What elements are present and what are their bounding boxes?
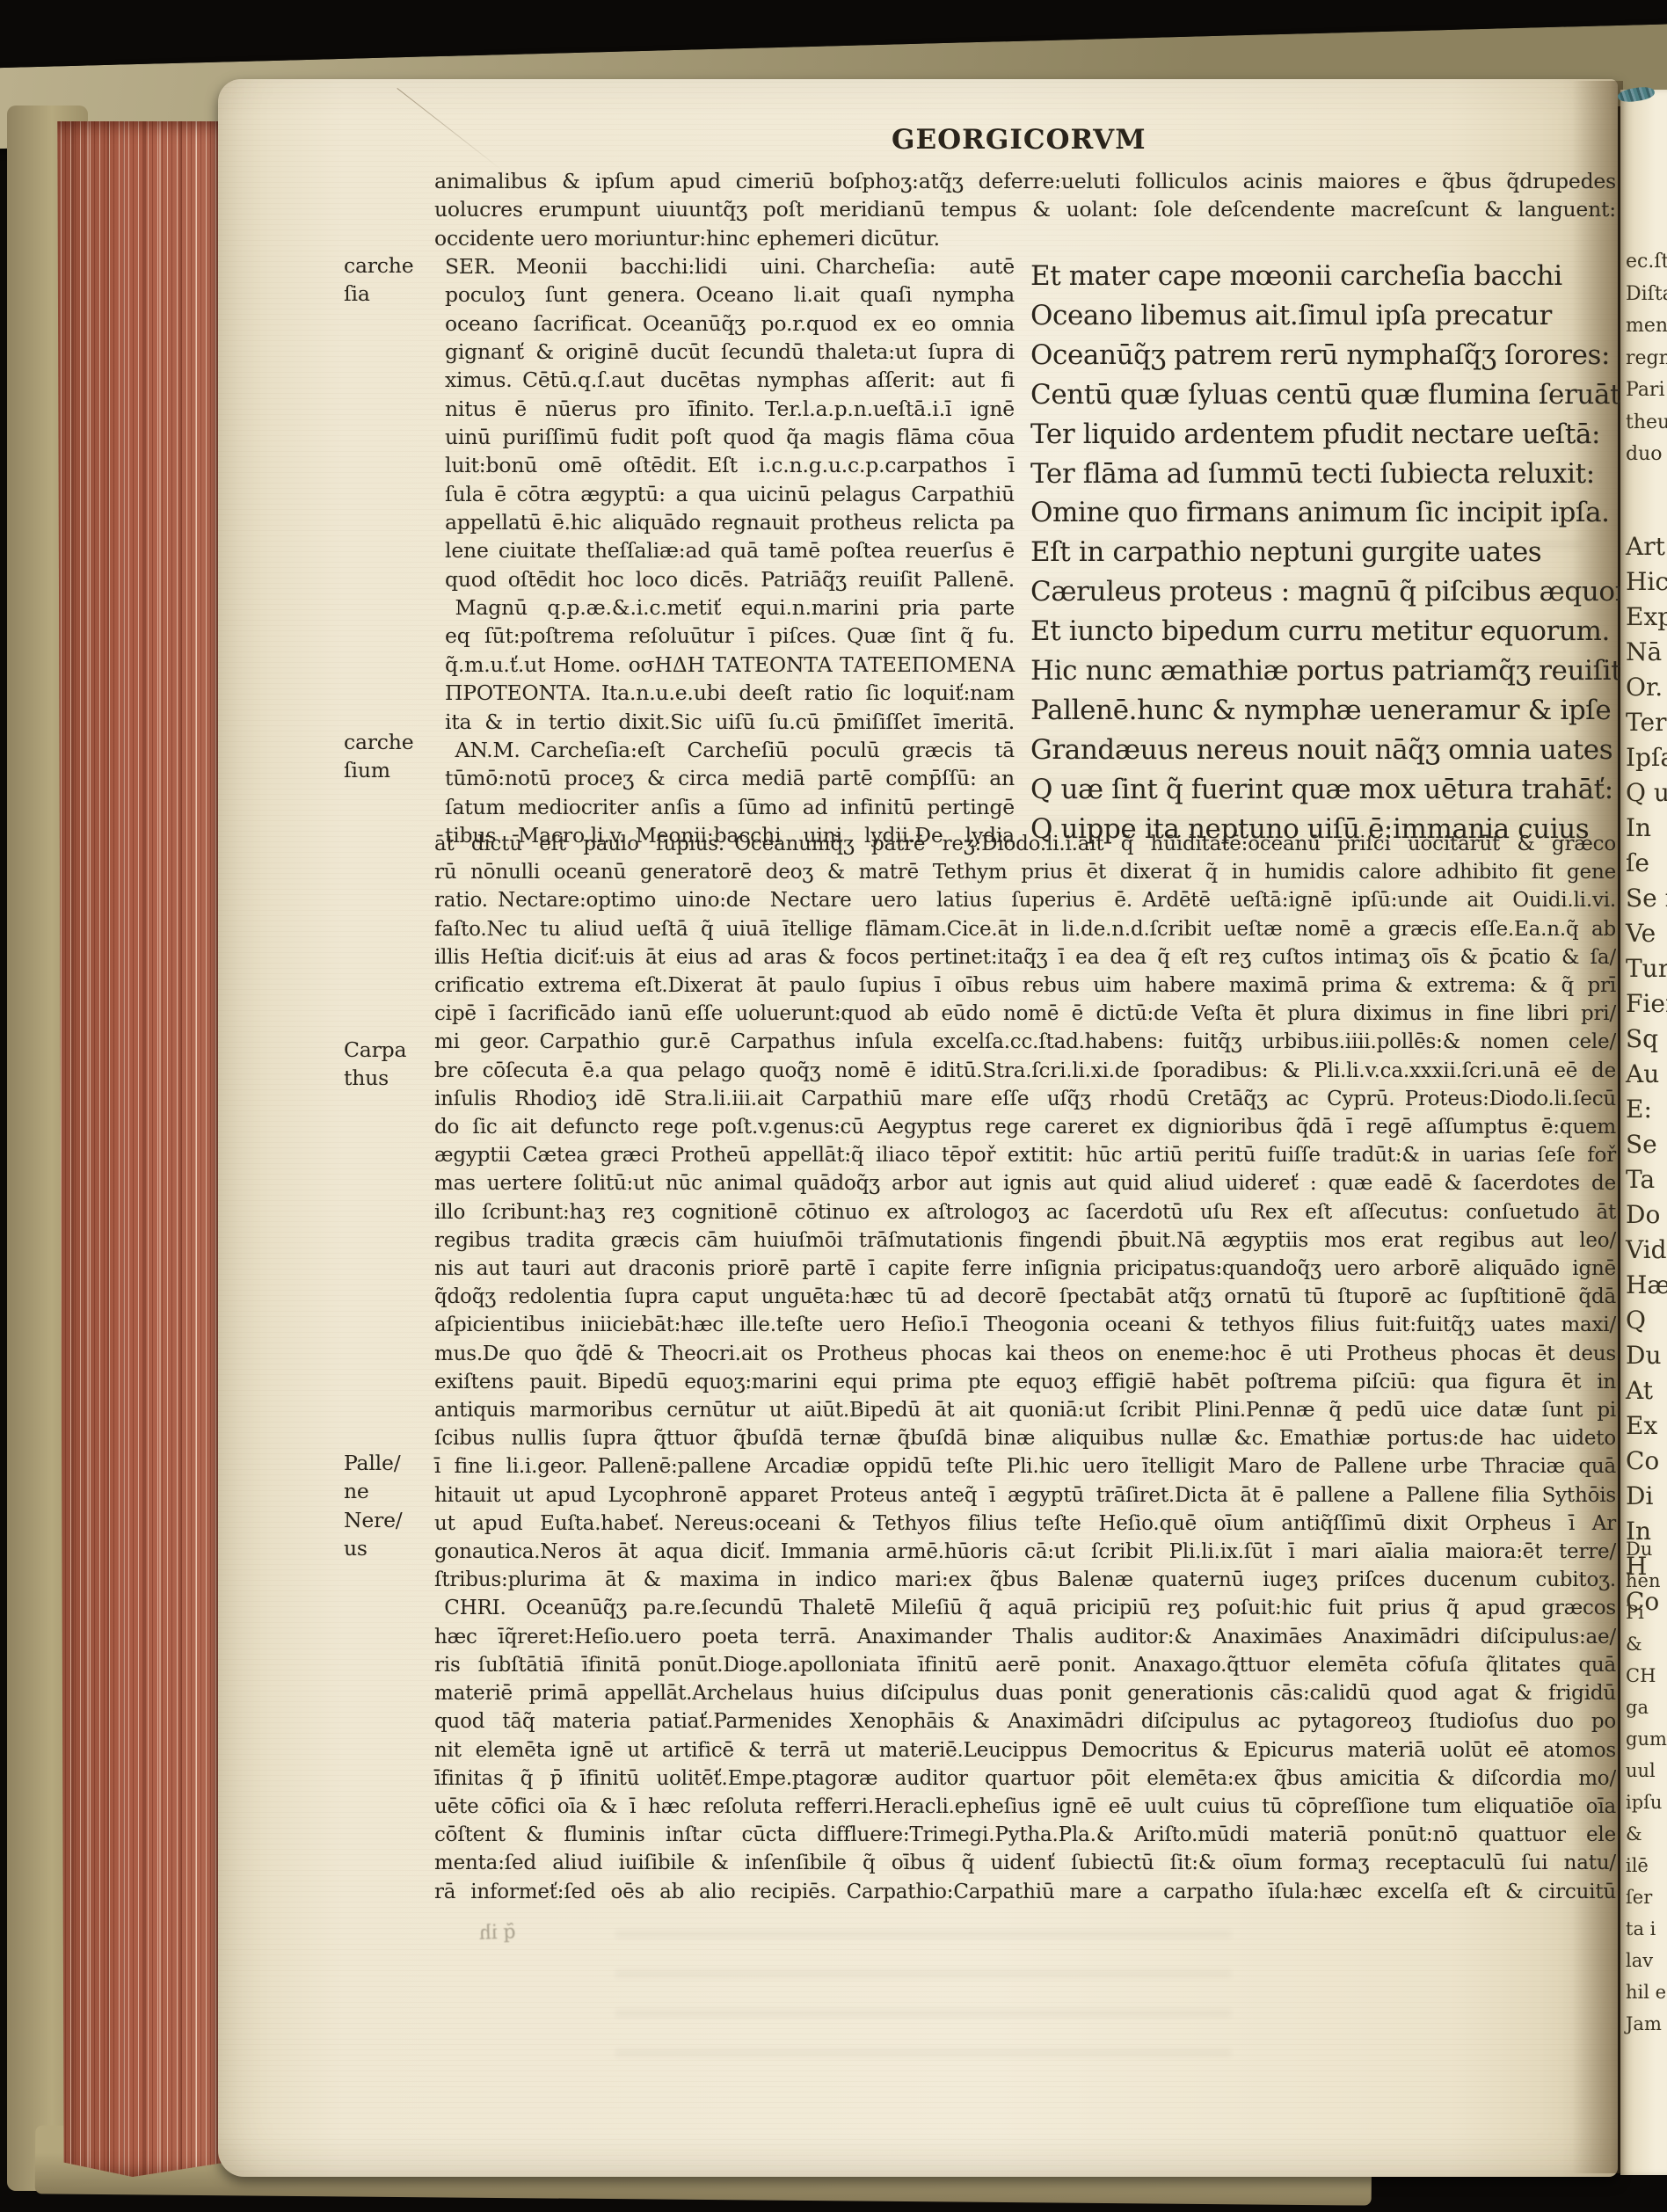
text-line: quod tāq̃ materia patiať.Parmenides Xeno… <box>434 1707 1616 1735</box>
facing-page-fragments-bottom: DuhenPi&CHgagumuulipſu&ilēſerta ilavhil … <box>1626 1533 1667 2040</box>
text-line: poculoʒ ſunt genera. Oceano li.ait quaſi… <box>445 280 1015 309</box>
text-line: Co <box>1626 1444 1667 1479</box>
text-line: tūmō:notū proceʒ & circa mediā partē com… <box>445 764 1015 792</box>
text-line: ipſu <box>1626 1786 1667 1818</box>
text-line: īfinitas q̃ p̄ īfinitū uolitēť.Empe.ptag… <box>434 1765 1616 1793</box>
text-line: menta:ſed aliud iuiſibile & inſenſibile … <box>434 1849 1616 1877</box>
text-line: theu <box>1626 407 1667 440</box>
text-line: mus.De quo q̃dē & Theocri.ait os Protheu… <box>434 1340 1616 1368</box>
text-line: ga <box>1626 1692 1667 1723</box>
text-line: Pi <box>1626 1597 1667 1628</box>
text-line: Hæ <box>1626 1268 1667 1303</box>
text-line: & <box>1626 1818 1667 1850</box>
text-line: Se r <box>1626 881 1667 916</box>
text-line: regibus tradita græcis cām huiuſmōi trāſ… <box>434 1226 1616 1255</box>
text-line: Pallenē.hunc & nymphæ ueneramur & ipſe <box>1030 691 1618 731</box>
text-line: gonautica.Neros āt aqua diciť. Immania a… <box>434 1538 1616 1566</box>
margin-note-pallene-nereus: Palle/neNere/us <box>344 1449 433 1562</box>
text-line: & <box>1626 1628 1667 1660</box>
text-line: Q u <box>1626 775 1667 811</box>
text-line: Exp <box>1626 600 1667 635</box>
text-line: ſatum mediocriter anſis a ſūmo ad infini… <box>445 793 1015 821</box>
text-line: Cæruleus proteus : magnū q̃ piſcibus æqu… <box>1030 572 1618 612</box>
text-line: Pari <box>1626 375 1667 407</box>
text-line: q̃.m.u.ť.ut Home. οσΗΔΗ ΤΑΤΕΟΝΤΑ ΤΑΤΕΕΠΟ… <box>445 651 1015 679</box>
margin-note-carpathus: Carpathus <box>344 1036 433 1093</box>
text-line: rā informeť:ſed oēs ab alio recipiēs. Ca… <box>434 1878 1616 1906</box>
text-line: hen <box>1626 1565 1667 1597</box>
text-line: us <box>344 1534 433 1562</box>
commentary-column: SER. Meonii bacchi:lidi uini. Charcheſia… <box>445 252 1015 849</box>
text-line: appellatū ē.hic aliquādo regnauit prothe… <box>445 508 1015 536</box>
text-line: ris ſubſtātiā īfinitā ponūt.Dioge.apollo… <box>434 1651 1616 1679</box>
text-line: ſer <box>1626 1881 1667 1913</box>
text-line: Omine quo firmans animum ſic incipit ipſ… <box>1030 493 1618 533</box>
show-through-catchword: q̃ ih <box>479 1921 516 1944</box>
text-line: regn <box>1626 343 1667 375</box>
text-line: Palle/ <box>344 1449 433 1477</box>
text-line: men <box>1626 310 1667 343</box>
text-line: CHRI. Oceanūq̃ʒ pa.re.ſecundū Thaletē Mi… <box>434 1594 1616 1622</box>
text-line: bre cōſecuta ē.a qua pelago quoq̃ʒ nomē … <box>434 1057 1616 1085</box>
facing-page-fragments-top: ec.ſtaDiſtamenregnParitheuduo <box>1626 246 1667 471</box>
margin-note-carchesia: carcheſia <box>344 251 433 309</box>
text-line: ximus. Cētū.q.ſ.aut ducētas nymphas aſſe… <box>445 366 1015 394</box>
text-line: lav <box>1626 1945 1667 1976</box>
text-line: exiſtens pauit. Bipedū equoʒ:marini equi… <box>434 1368 1616 1396</box>
gloss-block: āt dictū eſt paulo ſupius. Oceanumq̃ʒ pa… <box>434 830 1616 1906</box>
text-line: q̃doq̃ʒ redolentia ſupra caput unguēta:h… <box>434 1283 1616 1311</box>
text-line: hæc īq̃reret:Heſio.uero poeta terrā. Ana… <box>434 1623 1616 1651</box>
text-line: Ta <box>1626 1162 1667 1197</box>
text-line: Hic <box>1626 564 1667 600</box>
text-line: inſulis Rhodioʒ idē Stra.li.iii.ait Carp… <box>434 1085 1616 1113</box>
text-line: At <box>1626 1373 1667 1408</box>
text-line: mi geor. Carpathio gur.ē Carpathus inſul… <box>434 1028 1616 1056</box>
text-line: aſpicientibus iniiciebāt:hæc ille.teſte … <box>434 1311 1616 1339</box>
text-line: Et mater cape mœonii carcheſia bacchi <box>1030 257 1618 296</box>
text-line: ſium <box>344 756 433 784</box>
running-title: GEORGICORVM <box>892 124 1113 156</box>
book-photograph: { "colors":{ "background":"#0b0907","vel… <box>0 0 1667 2212</box>
text-line: Du <box>1626 1533 1667 1565</box>
text-line: uul <box>1626 1755 1667 1786</box>
text-line: Diſta <box>1626 279 1667 311</box>
text-line: cipē ī ſacrificādo ianū eſſe uoluerunt:q… <box>434 1000 1616 1028</box>
text-line: Centū quæ ſyluas centū quæ flumina ſeruā… <box>1030 375 1618 415</box>
text-line: Nere/ <box>344 1506 433 1534</box>
text-line: ΠΡΟΤΕΟΝΤΑ. Ita.n.u.e.ubi deeſt ratio ſic… <box>445 679 1015 707</box>
text-line: uēte cōfici oīa & ī hæc reſoluta refferr… <box>434 1793 1616 1821</box>
text-line: Art <box>1626 529 1667 564</box>
text-line: ſula ē cōtra ægyptū: a qua uicinū pelagu… <box>445 480 1015 508</box>
text-line: Ter flāma ad ſummū tecti ſubiecta reluxi… <box>1030 455 1618 494</box>
text-line: AN.M. Carcheſia:eſt Carcheſiū poculū græ… <box>445 736 1015 764</box>
text-line: Eſt in carpathio neptuni gurgite uates <box>1030 533 1618 572</box>
text-line: āt dictū eſt paulo ſupius. Oceanumq̃ʒ pa… <box>434 830 1616 858</box>
text-line: Ex <box>1626 1408 1667 1444</box>
text-line: ut apud Euſta.habeť. Nereus:oceani & Tet… <box>434 1510 1616 1538</box>
text-line: materiē primā appellāt.Archelaus huius d… <box>434 1679 1616 1707</box>
text-line: nitus ē nūerus pro īfinito. Ter.l.a.p.n.… <box>445 395 1015 423</box>
text-line: Nā <box>1626 635 1667 670</box>
text-line: Ipſa <box>1626 740 1667 775</box>
text-line: ta i <box>1626 1913 1667 1945</box>
text-line: hitauit ut apud Lycophronē apparet Prote… <box>434 1481 1616 1510</box>
text-line: nis aut tauri aut draconis priorē partē … <box>434 1255 1616 1283</box>
text-line: Q uæ ſint q̃ fuerint quæ mox uētura trah… <box>1030 770 1618 810</box>
text-line: Ter liquido ardentem pfudit nectare ueſt… <box>1030 415 1618 455</box>
text-line: Grandæuus nereus nouit nāq̃ʒ omnia uates <box>1030 731 1618 770</box>
text-line: occidente uero moriuntur:hinc ephemeri d… <box>434 224 1616 252</box>
facing-page-fragments-middle: ArtHicExpNāOr.TerIpſaQ uIn ſeSe rVeTurFi… <box>1626 529 1667 1619</box>
text-line: hil e <box>1626 1976 1667 2008</box>
text-line: SER. Meonii bacchi:lidi uini. Charcheſia… <box>445 252 1015 280</box>
text-line: uinū puriſſimū fudit poſt quod q̃a magis… <box>445 423 1015 451</box>
text-line: Ter <box>1626 705 1667 740</box>
text-line: ec.ſta <box>1626 246 1667 279</box>
text-line: nit elemēta ignē ut artificē & terrā ut … <box>434 1736 1616 1765</box>
text-line: Hic nunc æmathiæ portus patriamq̃ʒ reuiſ… <box>1030 651 1618 691</box>
text-line: Q <box>1626 1303 1667 1338</box>
text-line: ita & in tertio dixit.Sic uiſū ſu.cū p̄m… <box>445 708 1015 736</box>
text-line: ilē <box>1626 1850 1667 1881</box>
text-line: Magnū q.p.æ.&.i.c.metiť equi.n.marini pr… <box>445 593 1015 622</box>
text-line: ægyptii Cætea græci Protheū appellāt:q̃ … <box>434 1141 1616 1169</box>
text-line: Oceano libemus ait.ſimul ipſa precatur <box>1030 296 1618 336</box>
text-line: faſto.Nec tu aliud ueſtā q̃ uiuā ītellig… <box>434 915 1616 943</box>
text-line: animalibus & ipſum apud cimeriū boſphoʒ:… <box>434 167 1616 195</box>
text-line: ſtribus:plurima āt & maxima in indico ma… <box>434 1566 1616 1594</box>
text-line: Carpa <box>344 1036 433 1064</box>
text-line: illis Heſtia diciť:uis āt eius ad aras &… <box>434 943 1616 971</box>
text-line: Du <box>1626 1338 1667 1373</box>
text-line: gignanť & originē ducūt ſecundū thaleta:… <box>445 338 1015 366</box>
text-line: do ſic ait defuncto rege poſt.v.genus:cū… <box>434 1113 1616 1141</box>
text-line: Or. <box>1626 670 1667 705</box>
text-line: oceano ſacrificat. Oceanūq̃ʒ po.r.quod e… <box>445 309 1015 338</box>
text-line: ne <box>344 1477 433 1505</box>
text-line: uolucres erumpunt uiuuntq̃ʒ poſt meridia… <box>434 195 1616 223</box>
text-line: thus <box>344 1064 433 1092</box>
text-line: luit:bonū omē oſtēdit. Eſt i.c.n.g.u.c.p… <box>445 451 1015 479</box>
verse-column: Et mater cape mœonii carcheſia bacchiOce… <box>1030 257 1618 849</box>
text-line: E: <box>1626 1092 1667 1127</box>
text-line: rū nōnulli oceanū generatorē deoʒ & matr… <box>434 858 1616 886</box>
intro-paragraph: animalibus & ipſum apud cimeriū boſphoʒ:… <box>434 167 1616 252</box>
text-line: Tur <box>1626 951 1667 986</box>
text-line: CH <box>1626 1660 1667 1692</box>
text-line: gum <box>1626 1723 1667 1755</box>
margin-note-carchesium: carcheſium <box>344 728 433 785</box>
text-line: ī fine li.i.geor. Pallenē:pallene Arcadi… <box>434 1452 1616 1481</box>
facing-page-edge: ec.ſtaDiſtamenregnParitheuduo ArtHicExpN… <box>1620 90 1667 2175</box>
text-line: carche <box>344 251 433 280</box>
text-line: duo <box>1626 439 1667 471</box>
text-line: Au <box>1626 1057 1667 1092</box>
text-line: illo ſcribunt:haʒ reʒ cognitionē cōtinuo… <box>434 1198 1616 1226</box>
text-line: eq ſūt:poſtrema reſoluūtur ī piſces. Quæ… <box>445 622 1015 650</box>
text-line: carche <box>344 728 433 756</box>
text-line: ſcibus nullis ſupra q̃ttuor q̃buſdā tern… <box>434 1424 1616 1452</box>
text-line: Sq <box>1626 1022 1667 1057</box>
text-line: Se <box>1626 1127 1667 1162</box>
text-line: Ve <box>1626 916 1667 951</box>
text-line: antiquis marmoribus cernūtur ut aiūt.Bip… <box>434 1396 1616 1424</box>
text-line: lene ciuitate theſſaliæ:ad quā tamē poſt… <box>445 536 1015 564</box>
text-line: cōſtent & fluminis inſtar cūcta diffluer… <box>434 1821 1616 1849</box>
text-line: ſia <box>344 280 433 308</box>
text-line: mas uertere ſolitū:ut nūc animal quādoq̃… <box>434 1169 1616 1197</box>
text-line: crificatio extrema eſt.Dixerat āt paulo … <box>434 971 1616 1000</box>
text-line: Et iuncto bipedum curru metitur equorum. <box>1030 612 1618 651</box>
text-line: ratio. Nectare:optimo uino:de Nectare ue… <box>434 886 1616 914</box>
text-line: Di <box>1626 1479 1667 1514</box>
text-line: In ſe <box>1626 811 1667 881</box>
text-line: Do <box>1626 1197 1667 1233</box>
text-line: Jam <box>1626 2008 1667 2040</box>
text-line: Fier <box>1626 986 1667 1022</box>
text-line: quod oſtēdit hoc loco dicēs. Patriāq̃ʒ r… <box>445 565 1015 593</box>
text-line: Oceanūq̃ʒ patrem rerū nymphaſq̃ʒ ſorores… <box>1030 336 1618 375</box>
text-line: Vid <box>1626 1233 1667 1268</box>
